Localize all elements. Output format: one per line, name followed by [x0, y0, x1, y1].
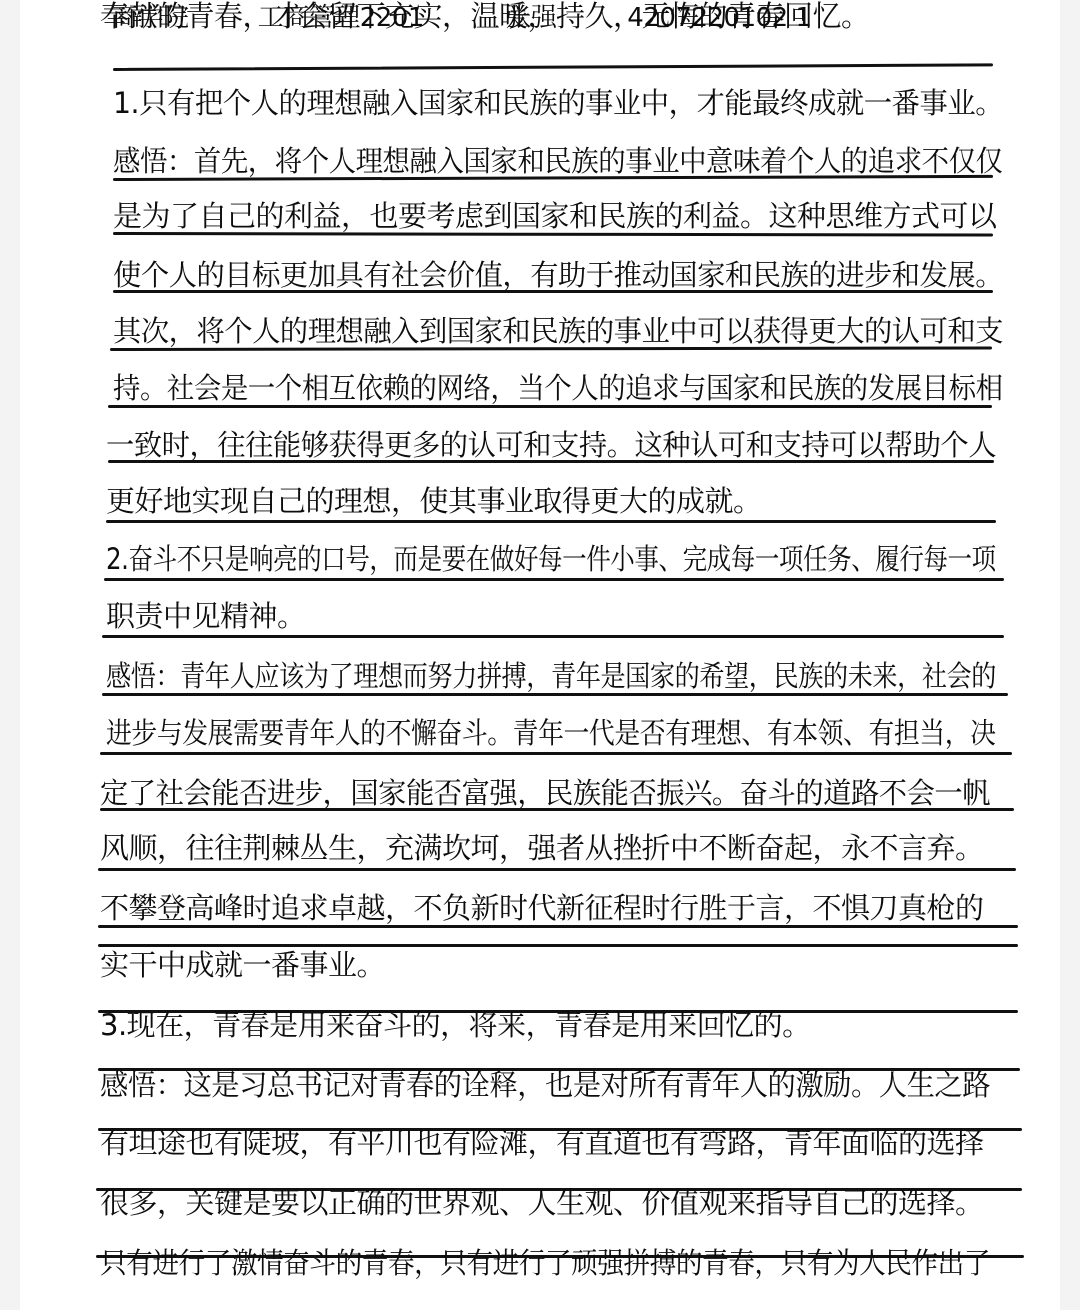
handwritten-line: 只有进行了激情奋斗的青春，只有进行了顽强拼搏的青春，只有为人民作出了	[100, 1247, 990, 1279]
handwritten-line: 2.奋斗不只是响亮的口号，而是要在做好每一件小事、完成每一项任务、履行每一项	[106, 543, 996, 575]
handwritten-line: 3.现在，青春是用来奋斗的，将来，青春是用来回忆的。	[100, 1009, 811, 1041]
handwritten-line: 是为了自己的利益，也要考虑到国家和民族的利益。这种思维方式可以	[113, 200, 997, 232]
handwritten-line: 风顺，往往荆棘丛生，充满坎坷，强者从挫折中不断奋起，永不言弃。	[100, 832, 984, 864]
ruled-line	[98, 944, 1018, 947]
handwritten-line: 一致时，往往能够获得更多的认可和支持。这种认可和支持可以帮助个人	[106, 429, 996, 461]
ruled-line	[106, 520, 996, 523]
handwritten-line: 职责中见精神。	[106, 600, 306, 632]
handwritten-line: 其次，将个人的理想融入到国家和民族的事业中可以获得更大的认可和支	[113, 315, 1003, 347]
handwritten-line: 进步与发展需要青年人的不懈奋斗。青年一代是否有理想、有本领、有担当，决	[106, 717, 996, 749]
ruled-line	[98, 868, 1016, 871]
ruled-line	[113, 63, 993, 71]
handwritten-line: 实干中成就一番事业。	[100, 949, 385, 981]
handwritten-line: 感悟：这是习总书记对青春的诠释，也是对所有青年人的激励。人生之路	[100, 1069, 990, 1101]
handwritten-line: 定了社会能否进步，国家能否富强，民族能否振兴。奋斗的道路不会一帆	[100, 777, 990, 809]
handwritten-line: 不攀登高峰时追求卓越，不负新时代新征程时行胜于言，不惧刀真枪的	[100, 892, 984, 924]
ruled-line	[104, 578, 1004, 581]
ruled-line	[98, 925, 1018, 928]
handwritten-line: 有坦途也有陡坡，有平川也有险滩，有直道也有弯路，青年面临的选择	[100, 1127, 984, 1159]
handwritten-line: 奉献的青春，才会留下充实，温暖，持久，无悔的青春回忆。	[100, 0, 870, 32]
ruled-line	[100, 752, 1012, 755]
handwritten-line: 感悟：首先，将个人理想融入国家和民族的事业中意味着个人的追求不仅仅	[113, 145, 1003, 177]
ruled-line	[108, 405, 992, 408]
handwritten-line: 更好地实现自己的理想，使其事业取得更大的成就。	[106, 485, 762, 517]
handwritten-line: 持。社会是一个相互依赖的网络，当个人的追求与国家和民族的发展目标相	[113, 372, 1003, 404]
handwritten-line: 很多，关键是要以正确的世界观、人生观、价值观来指导自己的选择。	[100, 1187, 984, 1219]
ruled-lines	[0, 0, 1080, 1310]
handwritten-line: 1.只有把个人的理想融入国家和民族的事业中，才能最终成就一番事业。	[113, 87, 1003, 119]
ruled-line	[102, 635, 1004, 638]
ruled-line	[102, 693, 1008, 696]
handwritten-line: 感悟：青年人应该为了理想而努力拼搏，青年是国家的希望，民族的未来，社会的	[106, 660, 996, 692]
handwritten-line: 使个人的目标更加具有社会价值，有助于推动国家和民族的进步和发展。	[113, 259, 1003, 291]
